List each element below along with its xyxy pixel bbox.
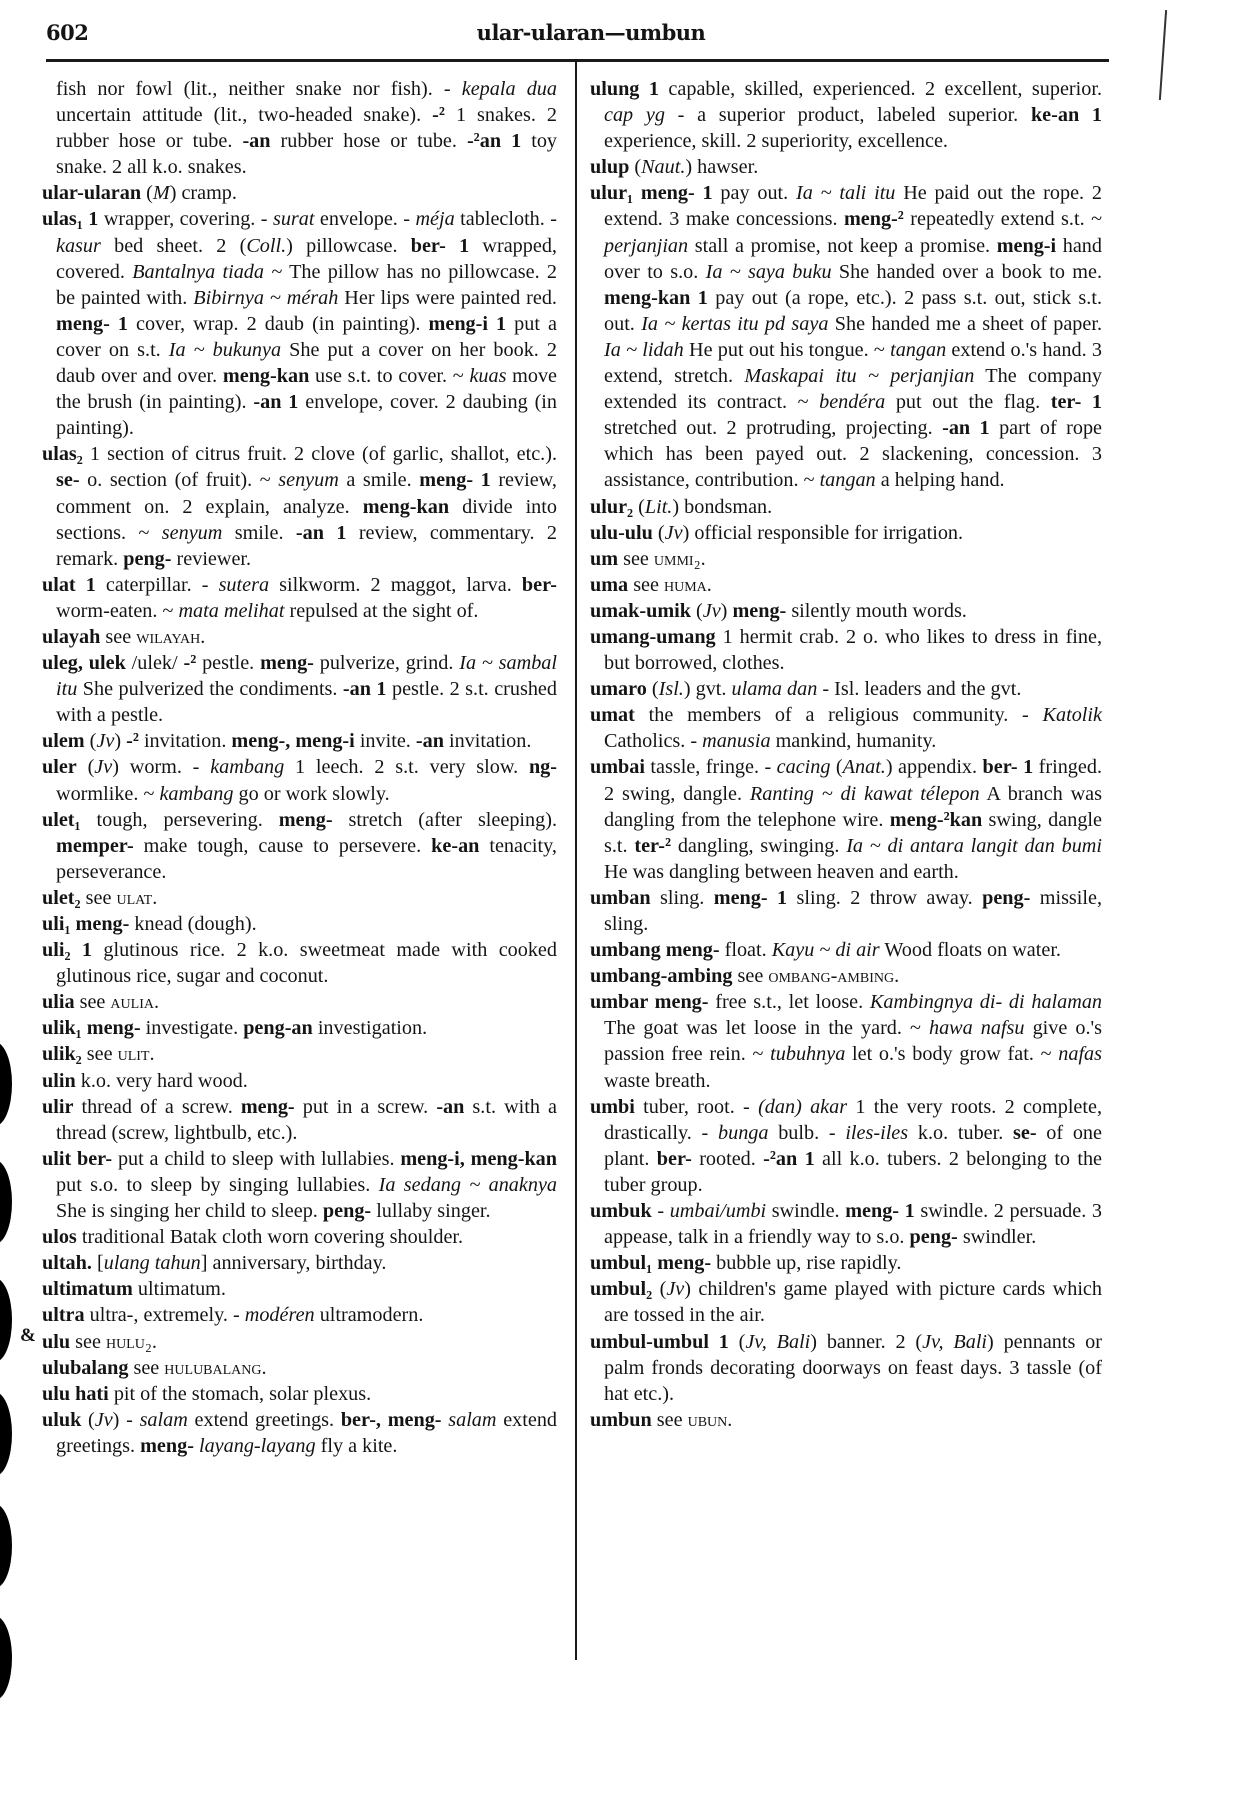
binding-hole-shape — [0, 1042, 12, 1126]
definition-text: He put out his tongue. ~ — [684, 339, 890, 361]
definition-text: ) official responsible for irrigation. — [683, 522, 964, 544]
definition-text: ) - — [113, 1409, 140, 1431]
bold-form: ter- 1 — [1051, 391, 1102, 413]
bold-form: -²an 1 — [467, 130, 521, 152]
dictionary-entry: um see ummi₂. — [590, 546, 1102, 572]
dictionary-entry: ulet₂ see ulat. — [42, 885, 557, 911]
dictionary-entry: umbang-ambing see ombang-ambing. — [590, 963, 1102, 989]
bold-form: meng- — [279, 809, 333, 831]
italic-example: cacing — [777, 756, 831, 778]
dictionary-entry: ulem (Jv) -² invitation. meng-, meng-i i… — [42, 728, 557, 754]
dictionary-entry: ulin k.o. very hard wood. — [42, 1068, 557, 1094]
headword: umbun — [590, 1409, 652, 1431]
definition-text: wrapper, covering. - — [98, 208, 273, 230]
headword: ulos — [42, 1226, 77, 1248]
cross-reference: hulu₂ — [106, 1331, 152, 1353]
headword: uler — [42, 756, 77, 778]
italic-example: Maskapai itu ~ perjanjian — [744, 365, 974, 387]
definition-text: ( — [629, 156, 641, 178]
italic-example: Coll. — [246, 235, 286, 257]
definition-text: put out the flag. — [885, 391, 1050, 413]
bold-form: meng- 1 — [419, 469, 490, 491]
headword: uli₁ — [42, 913, 71, 935]
definition-text: Her lips were painted red. — [338, 287, 557, 309]
definition-text: waste breath. — [604, 1070, 711, 1092]
italic-example: nafas — [1058, 1043, 1102, 1065]
italic-example: Jv — [703, 600, 721, 622]
definition-text: let o.'s body grow fat. ~ — [845, 1043, 1058, 1065]
headword: umbang-ambing — [590, 965, 732, 987]
definition-text: 1 leech. 2 s.t. very slow. — [284, 756, 529, 778]
definition-text: experience, skill. 2 superiority, excell… — [604, 130, 948, 152]
bold-form: meng- 1 — [714, 887, 787, 909]
definition-text: ( — [81, 1409, 94, 1431]
headword: ulin — [42, 1070, 76, 1092]
dictionary-entry: umbai tassle, fringe. - cacing (Anat.) a… — [590, 754, 1102, 884]
definition-text: ( — [729, 1331, 746, 1353]
headword: uli₂ — [42, 939, 71, 961]
italic-example: Naut. — [641, 156, 685, 178]
definition-text: make tough, cause to persevere. — [134, 835, 431, 857]
bold-form: -an — [242, 130, 270, 152]
definition-text: free s.t., let loose. — [709, 991, 870, 1013]
dictionary-entry: ulas₁ 1 wrapper, covering. - surat envel… — [42, 206, 557, 441]
definition-text: glutinous rice. 2 k.o. sweetmeat made wi… — [56, 939, 557, 987]
dictionary-entry: umbul₂ (Jv) children's game played with … — [590, 1276, 1102, 1328]
definition-text: The goat was let loose in the yard. ~ — [604, 1017, 929, 1039]
definition-text: ) — [114, 730, 126, 752]
definition-text: She handed over a book to me. — [832, 261, 1102, 283]
definition-text: see — [82, 1043, 118, 1065]
italic-example: layang-layang — [194, 1435, 316, 1457]
definition-text: mankind, humanity. — [771, 730, 937, 752]
dictionary-entry: umbul₁ meng- bubble up, rise rapidly. — [590, 1250, 1102, 1276]
bold-form: meng- — [82, 1017, 141, 1039]
dictionary-entry: ulik₁ meng- investigate. peng-an investi… — [42, 1015, 557, 1041]
definition-text: ( — [830, 756, 842, 778]
bold-form: peng- — [910, 1226, 958, 1248]
dictionary-entry: ulur₁ meng- 1 pay out. Ia ~ tali itu He … — [590, 180, 1102, 493]
headword: ulu-ulu — [590, 522, 653, 544]
headword: umbuk — [590, 1200, 652, 1222]
definition-text: tablecloth. - — [455, 208, 557, 230]
definition-text: tough, persevering. — [81, 809, 279, 831]
italic-example: kasur — [56, 235, 101, 257]
bold-form: memper- — [56, 835, 134, 857]
definition-text: pay out. — [713, 182, 796, 204]
italic-example: senyum — [162, 522, 223, 544]
bold-form: meng-² — [844, 208, 904, 230]
bold-form: meng-kan 1 — [604, 287, 708, 309]
italic-example: Kayu ~ di air — [772, 939, 880, 961]
bold-form: -²an — [763, 1148, 797, 1170]
headword: ulem — [42, 730, 85, 752]
dictionary-entry: umak-umik (Jv) meng- silently mouth word… — [590, 598, 1102, 624]
definition-text: stretch (after sleeping). — [333, 809, 557, 831]
binding-hole-shape — [0, 1504, 12, 1588]
bold-form: meng- 1 — [56, 313, 128, 335]
definition-text: ) — [721, 600, 733, 622]
headword: ular-ularan — [42, 182, 141, 204]
definition-text: ) appendix. — [886, 756, 983, 778]
italic-example: Jv, Bali — [745, 1331, 810, 1353]
italic-example: Ia sedang ~ anaknya — [379, 1174, 557, 1196]
binding-hole-shape — [0, 1160, 12, 1244]
dictionary-entry: ulik₂ see ulit. — [42, 1041, 557, 1067]
definition-text: repeatedly extend s.t. ~ — [904, 208, 1102, 230]
headword: umbul₂ — [590, 1278, 652, 1300]
italic-example: Jv — [95, 1409, 113, 1431]
italic-example: (dan) akar — [758, 1096, 847, 1118]
definition-text: - a superior product, labeled superior. — [665, 104, 1031, 126]
dictionary-entry: ulup (Naut.) hawser. — [590, 154, 1102, 180]
cross-reference: ummi₂ — [654, 548, 701, 570]
headword: umbul-umbul 1 — [590, 1331, 729, 1353]
dictionary-entry: umat the members of a religious communit… — [590, 702, 1102, 754]
entry-continuation: fish nor fowl (lit., neither snake nor f… — [42, 76, 557, 180]
italic-example: Anat. — [843, 756, 886, 778]
headword: umak-umik — [590, 600, 691, 622]
definition-text: [ — [92, 1252, 104, 1274]
bold-form: meng-kan — [223, 365, 309, 387]
definition-text: ( — [652, 1278, 666, 1300]
definition-text: . — [707, 574, 712, 596]
headword: ulir — [42, 1096, 73, 1118]
definition-text: . — [262, 1357, 267, 1379]
definition-text: sling. — [651, 887, 714, 909]
definition-text: ( — [691, 600, 703, 622]
dictionary-entry: umban sling. meng- 1 sling. 2 throw away… — [590, 885, 1102, 937]
italic-example: salam — [442, 1409, 497, 1431]
bold-form: meng- 1 — [845, 1200, 915, 1222]
italic-example: méja — [415, 208, 454, 230]
italic-example: Lit. — [645, 496, 673, 518]
definition-text: reviewer. — [172, 548, 252, 570]
definition-text: She pulverized the condiments. — [77, 678, 343, 700]
italic-example: umbai/umbi — [670, 1200, 766, 1222]
definition-text: see — [628, 574, 664, 596]
italic-example: kuas — [469, 365, 506, 387]
margin-ampersand-mark: & — [20, 1325, 36, 1347]
dictionary-entry: uluk (Jv) - salam extend greetings. ber-… — [42, 1407, 557, 1459]
page-number: 602 — [46, 20, 88, 45]
definition-text: bulb. - — [768, 1122, 845, 1144]
definition-text: ) banner. 2 ( — [810, 1331, 922, 1353]
bold-form: ter-² — [634, 835, 671, 857]
definition-text: capable, skilled, experienced. 2 excelle… — [659, 78, 1102, 100]
dictionary-entry: ulu see hulu₂. — [42, 1329, 557, 1355]
cross-reference: aulia — [110, 991, 154, 1013]
bold-form: se- — [1013, 1122, 1037, 1144]
definition-text: silently mouth words. — [786, 600, 967, 622]
bold-form: meng- — [648, 991, 709, 1013]
definition-text: put in a screw. — [295, 1096, 437, 1118]
definition-text: see — [652, 1409, 688, 1431]
bold-form: ber- — [522, 574, 557, 596]
definition-text: . — [200, 626, 205, 648]
dictionary-entry: umbi tuber, root. - (dan) akar 1 the ver… — [590, 1094, 1102, 1198]
definition-text: He was dangling between heaven and earth… — [604, 861, 959, 883]
definition-text: dangling, swinging. — [671, 835, 846, 857]
headword: um — [590, 548, 618, 570]
headword: ulubalang — [42, 1357, 128, 1379]
definition-text: ( — [653, 522, 665, 544]
headword: ulayah — [42, 626, 100, 648]
bold-form: meng-²kan — [890, 809, 982, 831]
bold-form: meng- — [652, 1252, 711, 1274]
definition-text: cover, wrap. 2 daub (in painting). — [128, 313, 429, 335]
bold-form: -² — [432, 104, 445, 126]
definition-text: investigation. — [313, 1017, 427, 1039]
cross-reference: ulit — [118, 1043, 150, 1065]
italic-example: mata melihat — [178, 600, 284, 622]
dictionary-entry: ulit ber- put a child to sleep with lull… — [42, 1146, 557, 1224]
italic-example: manusia — [702, 730, 770, 752]
headword: ulur₂ — [590, 496, 633, 518]
definition-text: k.o. very hard wood. — [76, 1070, 248, 1092]
bold-form: meng- — [661, 939, 720, 961]
definition-text: ) gvt. — [684, 678, 732, 700]
definition-text: traditional Batak cloth worn covering sh… — [77, 1226, 463, 1248]
dictionary-entry: ultah. [ulang tahun] anniversary, birthd… — [42, 1250, 557, 1276]
running-head: ular-ularan—umbun — [426, 20, 756, 45]
dictionary-entry: uma see huma. — [590, 572, 1102, 598]
bold-form: ber- 1 — [411, 235, 469, 257]
definition-text: see — [70, 1331, 106, 1353]
headword: ulas₁ — [42, 208, 83, 230]
definition-text: envelope. - — [314, 208, 415, 230]
left-column: fish nor fowl (lit., neither snake nor f… — [42, 76, 557, 1459]
italic-example: Ia ~ saya buku — [706, 261, 832, 283]
definition-text: ) hawser. — [685, 156, 758, 178]
definition-text: investigate. — [141, 1017, 244, 1039]
definition-text: . — [152, 1331, 157, 1353]
bold-form: meng-i — [997, 235, 1056, 257]
cross-reference: ubun — [688, 1409, 728, 1431]
italic-example: kambang — [159, 783, 233, 805]
page-header: 602 ular-ularan—umbun — [46, 18, 1109, 62]
definition-text: sling. 2 throw away. — [787, 887, 982, 909]
definition-text: knead (dough). — [129, 913, 256, 935]
italic-example: iles-iles — [845, 1122, 908, 1144]
dictionary-entry: umaro (Isl.) gvt. ulama dan - Isl. leade… — [590, 676, 1102, 702]
dictionary-entry: ulos traditional Batak cloth worn coveri… — [42, 1224, 557, 1250]
bold-form: meng- 1 — [633, 182, 713, 204]
italic-example: ulama dan — [732, 678, 818, 700]
bold-form: meng- — [241, 1096, 295, 1118]
definition-text: o. section (of fruit). ~ — [80, 469, 279, 491]
headword: ulit — [42, 1148, 71, 1170]
dictionary-entry: uleg, ulek /ulek/ -² pestle. meng- pulve… — [42, 650, 557, 728]
italic-example: kambang — [210, 756, 284, 778]
dictionary-entry: umbang meng- float. Kayu ~ di air Wood f… — [590, 937, 1102, 963]
dictionary-entry: ulu-ulu (Jv) official responsible for ir… — [590, 520, 1102, 546]
italic-example: Ia ~ bukunya — [169, 339, 281, 361]
headword: ultah. — [42, 1252, 92, 1274]
definition-text: She is singing her child to sleep. — [56, 1200, 323, 1222]
italic-example: Katolik — [1043, 704, 1102, 726]
bold-form: ber- — [71, 1148, 112, 1170]
cross-reference: hulubalang — [164, 1357, 261, 1379]
bold-form: peng- — [323, 1200, 371, 1222]
binding-hole-shape — [0, 1278, 12, 1362]
italic-example: Bibirnya ~ mérah — [193, 287, 338, 309]
dictionary-entry: ulung 1 capable, skilled, experienced. 2… — [590, 76, 1102, 154]
italic-example: Ia ~ tali itu — [796, 182, 895, 204]
headword: ulup — [590, 156, 629, 178]
definition-text: see — [618, 548, 654, 570]
definition-text: invite. — [355, 730, 416, 752]
definition-text: . — [150, 1043, 155, 1065]
definition-text: invitation. — [444, 730, 531, 752]
definition-text: tuber, root. - — [635, 1096, 758, 1118]
italic-example: hawa nafsu — [929, 1017, 1025, 1039]
definition-text: . — [152, 887, 157, 909]
definition-text: swindle. — [766, 1200, 845, 1222]
bold-form: peng-an — [243, 1017, 313, 1039]
definition-text: - Isl. leaders and the gvt. — [817, 678, 1021, 700]
binding-hole-shape — [0, 1392, 12, 1476]
italic-example: tubuhnya — [770, 1043, 845, 1065]
dictionary-entry: umbuk - umbai/umbi swindle. meng- 1 swin… — [590, 1198, 1102, 1250]
definition-text: swindler. — [958, 1226, 1037, 1248]
definition-text: repulsed at the sight of. — [284, 600, 478, 622]
bold-form: -an 1 — [343, 678, 387, 700]
definition-text: ultimatum. — [133, 1278, 226, 1300]
headword: umat — [590, 704, 635, 726]
bold-form: meng- — [71, 913, 130, 935]
bold-form: 1 — [805, 1148, 815, 1170]
bold-form: ber- 1 — [983, 756, 1034, 778]
definition-text: put a child to sleep with lullabies. — [112, 1148, 400, 1170]
definition-text: uncertain attitude (lit., two-headed sna… — [56, 104, 432, 126]
definition-text: ( — [141, 182, 153, 204]
italic-example: Ia ~ lidah — [604, 339, 684, 361]
italic-example: Ia ~ di antara langit dan bumi — [846, 835, 1102, 857]
definition-text: worm-eaten. ~ — [56, 600, 178, 622]
italic-example: Ranting ~ di kawat télepon — [750, 783, 980, 805]
dictionary-entry: ulia see aulia. — [42, 989, 557, 1015]
definition-text: /ulek/ — [126, 652, 184, 674]
italic-example: tangan — [820, 469, 876, 491]
headword: umbul₁ — [590, 1252, 652, 1274]
header-rule — [46, 59, 1109, 62]
dictionary-entry: ulet₁ tough, persevering. meng- stretch … — [42, 807, 557, 885]
headword: ulu — [42, 1331, 70, 1353]
bold-form: 1 — [83, 208, 99, 230]
cross-reference: ulat — [116, 887, 152, 909]
definition-text: see — [75, 991, 111, 1013]
bold-form: ke-an — [431, 835, 479, 857]
headword: uluk — [42, 1409, 81, 1431]
italic-example: salam — [140, 1409, 188, 1431]
italic-example: surat — [273, 208, 315, 230]
column-divider — [575, 60, 577, 1660]
definition-text: rubber hose or tube. — [270, 130, 466, 152]
italic-example: senyum — [278, 469, 339, 491]
definition-text: use s.t. to cover. ~ — [309, 365, 469, 387]
definition-text: a smile. — [339, 469, 419, 491]
headword: ultimatum — [42, 1278, 133, 1300]
dictionary-entry: uli₂ 1 glutinous rice. 2 k.o. sweetmeat … — [42, 937, 557, 989]
definition-text: . — [727, 1409, 732, 1431]
italic-example: Jv, Bali — [922, 1331, 987, 1353]
definition-text: bubble up, rise rapidly. — [711, 1252, 901, 1274]
bold-form: meng-, meng-i — [231, 730, 354, 752]
headword: umbi — [590, 1096, 635, 1118]
definition-text: see — [732, 965, 768, 987]
dictionary-entry: uler (Jv) worm. - kambang 1 leech. 2 s.t… — [42, 754, 557, 806]
bold-form: -an 1 — [253, 391, 298, 413]
scan-artifact — [1159, 10, 1167, 100]
definition-text: invitation. — [139, 730, 232, 752]
definition-text: rooted. — [692, 1148, 763, 1170]
dictionary-entry: ulubalang see hulubalang. — [42, 1355, 557, 1381]
headword: ulik₂ — [42, 1043, 82, 1065]
definition-text: pit of the stomach, solar plexus. — [109, 1383, 371, 1405]
definition-text: Catholics. - — [604, 730, 702, 752]
bold-form: peng- — [982, 887, 1030, 909]
definition-text: She handed me a sheet of paper. — [828, 313, 1102, 335]
bold-form: ber-, meng- — [341, 1409, 442, 1431]
definition-text: put s.o. to sleep by singing lullabies. — [56, 1174, 379, 1196]
definition-text: ) cramp. — [170, 182, 237, 204]
italic-example: sutera — [219, 574, 269, 596]
definition-text: tassle, fringe. - — [645, 756, 777, 778]
bold-form: -² — [183, 652, 196, 674]
italic-example: cap yg — [604, 104, 665, 126]
bold-form: -an — [436, 1096, 464, 1118]
definition-text: fly a kite. — [316, 1435, 398, 1457]
italic-example: M — [153, 182, 170, 204]
italic-example: kepala dua — [462, 78, 557, 100]
dictionary-entry: ulas₂ 1 section of citrus fruit. 2 clove… — [42, 441, 557, 571]
definition-text: k.o. tuber. — [908, 1122, 1013, 1144]
bold-form: ke-an 1 — [1031, 104, 1102, 126]
dictionary-entry: umbun see ubun. — [590, 1407, 1102, 1433]
dictionary-entry: umang-umang 1 hermit crab. 2 o. who like… — [590, 624, 1102, 676]
dictionary-entry: ulu hati pit of the stomach, solar plexu… — [42, 1381, 557, 1407]
italic-example: bendéra — [819, 391, 885, 413]
italic-example: perjanjian — [604, 235, 688, 257]
dictionary-entry: ulayah see wilayah. — [42, 624, 557, 650]
bold-form: meng- — [732, 600, 786, 622]
definition-text: wormlike. ~ — [56, 783, 159, 805]
dictionary-entry: umbar meng- free s.t., let loose. Kambin… — [590, 989, 1102, 1093]
cross-reference: wilayah — [136, 626, 200, 648]
definition-text: ultramodern. — [315, 1304, 424, 1326]
headword: uma — [590, 574, 628, 596]
dictionary-entry: ulat 1 caterpillar. - sutera silkworm. 2… — [42, 572, 557, 624]
italic-example: Jv — [94, 756, 112, 778]
definition-text: lullaby singer. — [371, 1200, 490, 1222]
headword: ulet₂ — [42, 887, 81, 909]
italic-example: Kambingnya di- di halaman — [870, 991, 1102, 1013]
definition-text: ) worm. - — [112, 756, 210, 778]
headword: umban — [590, 887, 651, 909]
headword: umbar — [590, 991, 648, 1013]
definition-text: ) bondsman. — [672, 496, 772, 518]
cross-reference: huma — [664, 574, 707, 596]
definition-text: Wood floats on water. — [880, 939, 1061, 961]
definition-text: see — [128, 1357, 164, 1379]
headword: ulet₁ — [42, 809, 81, 831]
bold-form: meng- — [260, 652, 314, 674]
bold-form: -an 1 — [296, 522, 347, 544]
definition-text: ultra-, extremely. - — [85, 1304, 245, 1326]
definition-text: ( — [77, 756, 95, 778]
italic-example: Jv — [96, 730, 114, 752]
